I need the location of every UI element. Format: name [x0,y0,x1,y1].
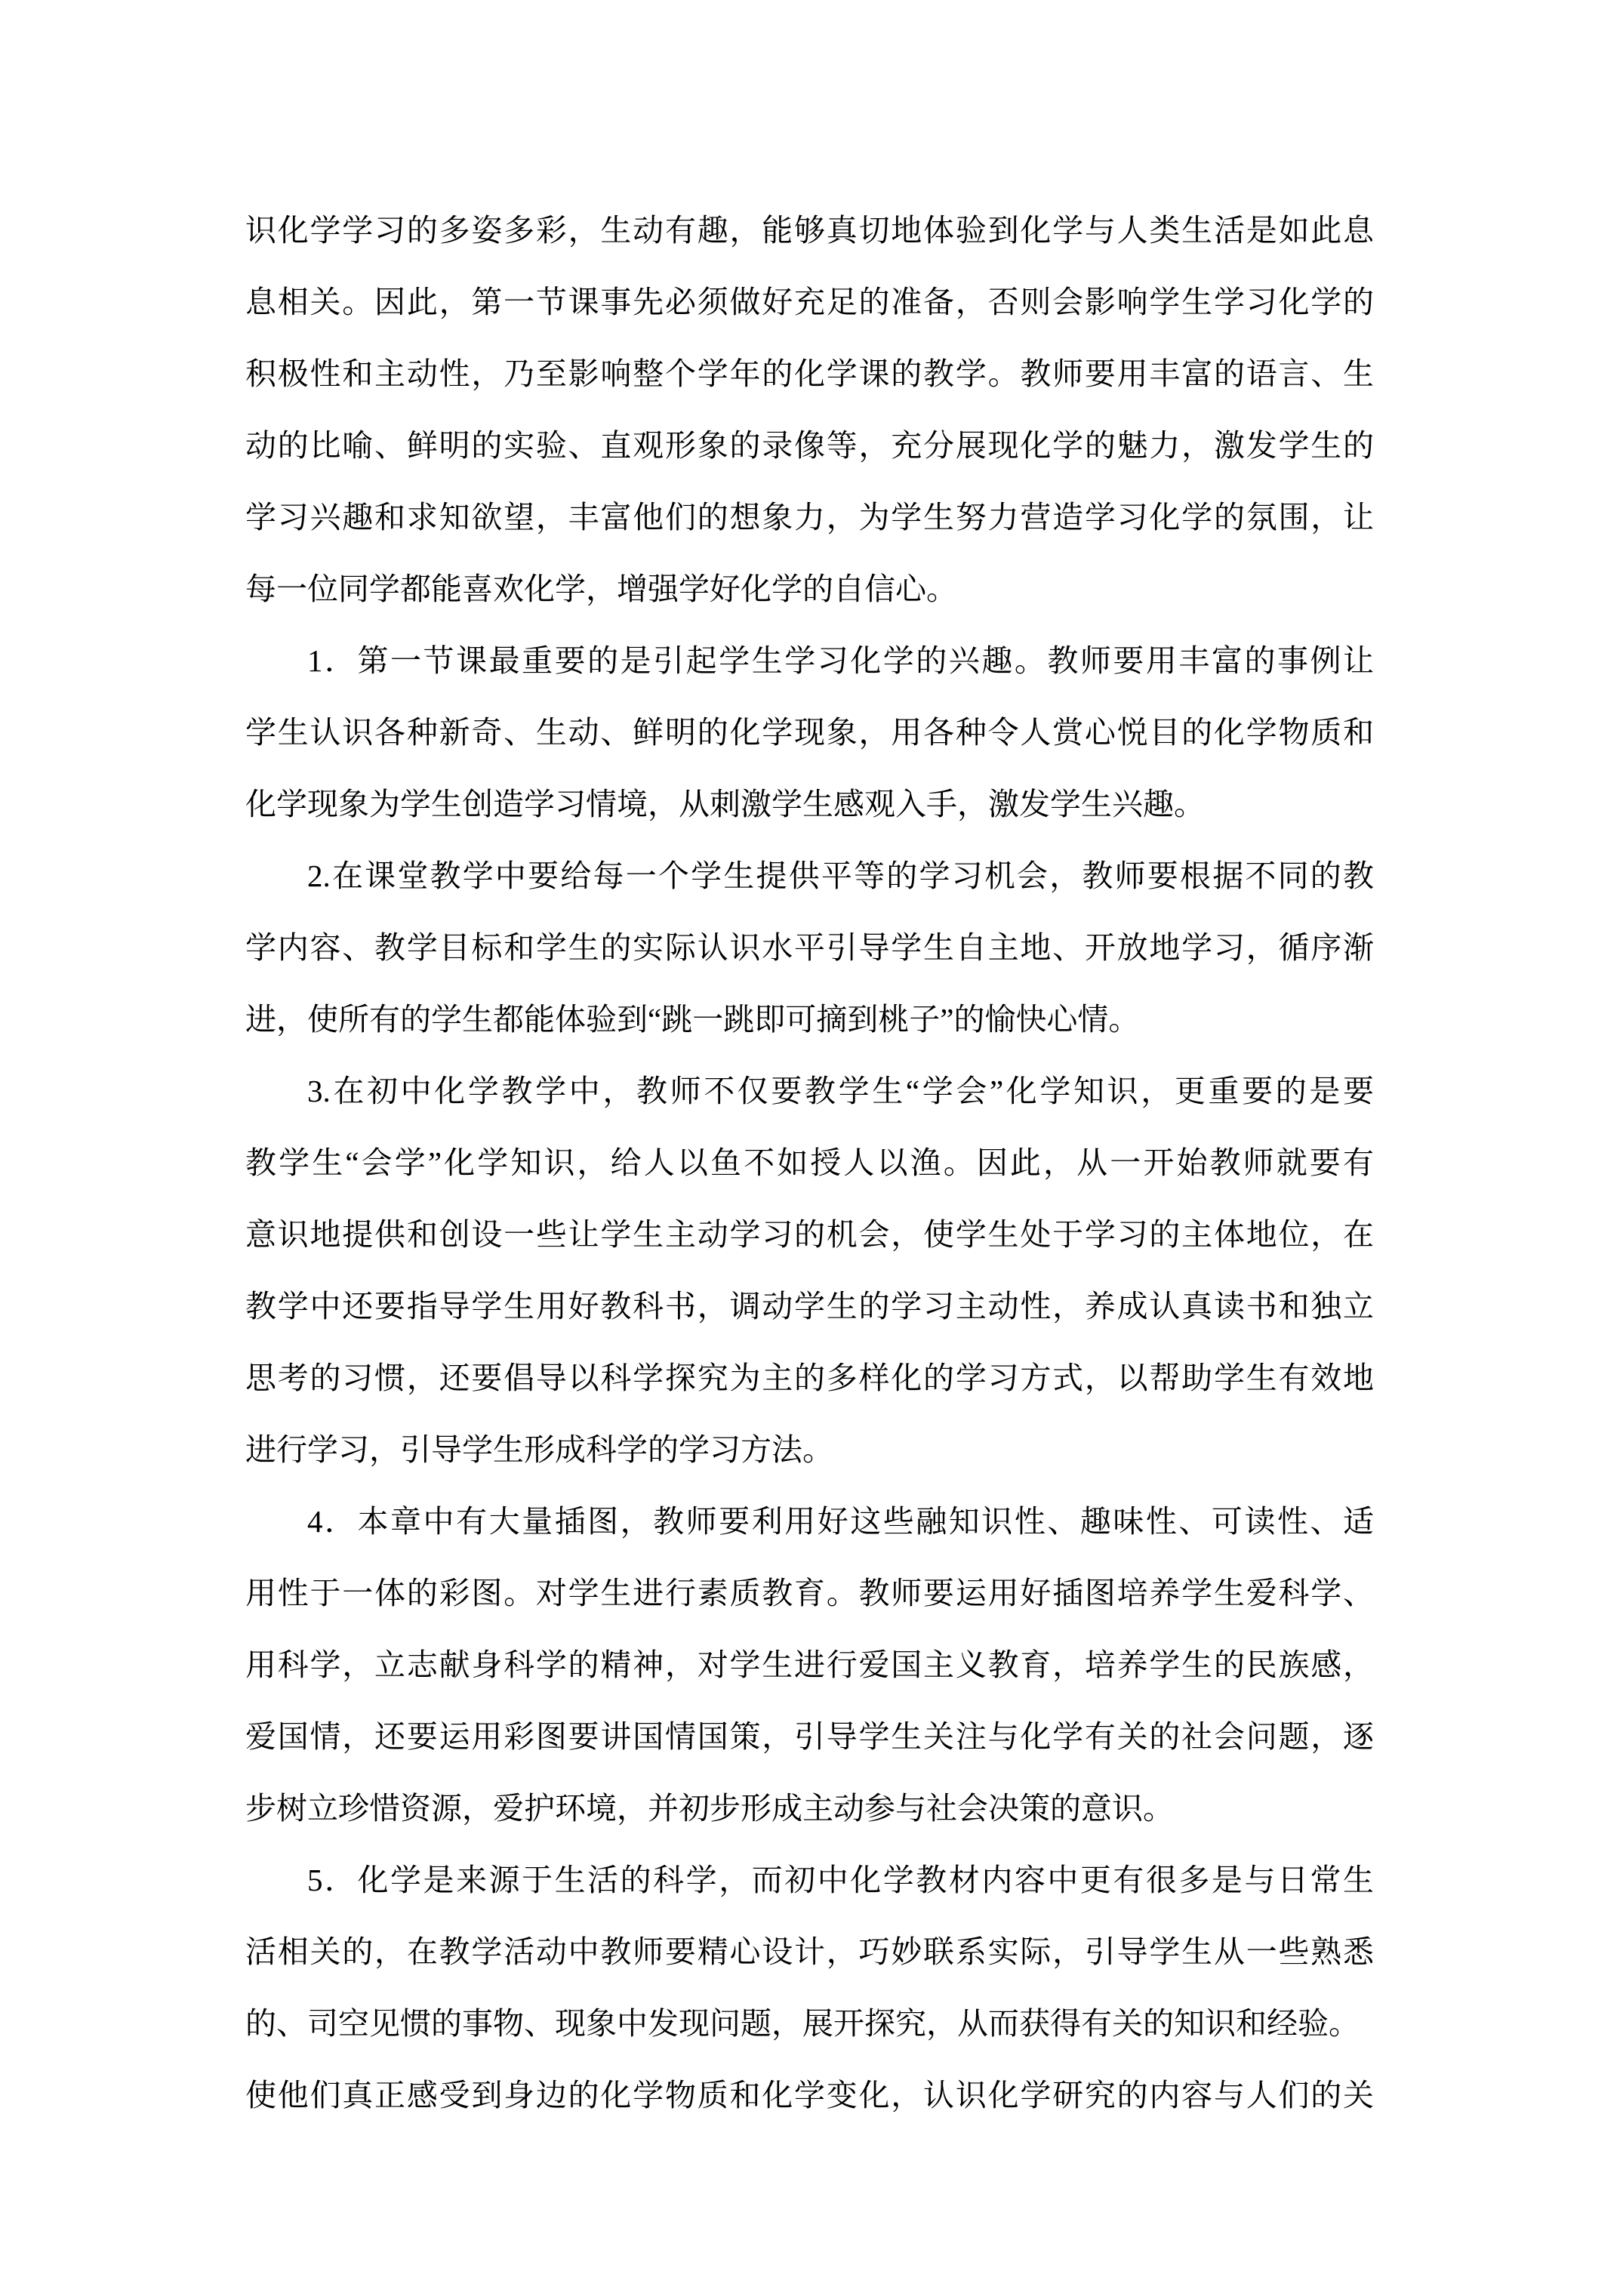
text-line: 活相关的，在教学活动中教师要精心设计，巧妙联系实际，引导学生从一些熟悉 [245,1916,1374,1988]
text-line: 识化学学习的多姿多彩，生动有趣，能够真切地体验到化学与人类生活是如此息 [245,195,1374,267]
text-line: 的、司空见惯的事物、现象中发现问题，展开探究，从而获得有关的知识和经验。 [245,1988,1374,2060]
document-body: 识化学学习的多姿多彩，生动有趣，能够真切地体验到化学与人类生活是如此息息相关。因… [245,195,1374,2131]
text-line: 进，使所有的学生都能体验到“跳一跳即可摘到桃子”的愉快心情。 [245,984,1374,1056]
text-line: 化学现象为学生创造学习情境，从刺激学生感观入手，激发学生兴趣。 [245,769,1374,840]
text-line: 步树立珍惜资源，爱护环境，并初步形成主动参与社会决策的意识。 [245,1773,1374,1845]
text-line: 用性于一体的彩图。对学生进行素质教育。教师要运用好插图培养学生爱科学、 [245,1558,1374,1629]
text-line: 思考的习惯，还要倡导以科学探究为主的多样化的学习方式，以帮助学生有效地 [245,1342,1374,1414]
text-line: 意识地提供和创设一些让学生主动学习的机会，使学生处于学习的主体地位，在 [245,1199,1374,1271]
text-line: 息相关。因此，第一节课事先必须做好充足的准备，否则会影响学生学习化学的 [245,267,1374,338]
text-line: 进行学习，引导学生形成科学的学习方法。 [245,1414,1374,1486]
text-line: 动的比喻、鲜明的实验、直观形象的录像等，充分展现化学的魅力，激发学生的 [245,410,1374,482]
text-line: 学内容、教学目标和学生的实际认识水平引导学生自主地、开放地学习，循序渐 [245,912,1374,984]
text-line: 教学生“会学”化学知识，给人以鱼不如授人以渔。因此，从一开始教师就要有 [245,1127,1374,1199]
text-line: 5．化学是来源于生活的科学，而初中化学教材内容中更有很多是与日常生 [245,1845,1374,1916]
text-line: 学生认识各种新奇、生动、鲜明的化学现象，用各种令人赏心悦目的化学物质和 [245,697,1374,769]
text-line: 积极性和主动性，乃至影响整个学年的化学课的教学。教师要用丰富的语言、生 [245,338,1374,410]
text-line: 爱国情，还要运用彩图要讲国情国策，引导学生关注与化学有关的社会问题，逐 [245,1701,1374,1773]
text-line: 1．第一节课最重要的是引起学生学习化学的兴趣。教师要用丰富的事例让 [245,625,1374,697]
text-line: 使他们真正感受到身边的化学物质和化学变化，认识化学研究的内容与人们的关 [245,2060,1374,2131]
text-line: 每一位同学都能喜欢化学，增强学好化学的自信心。 [245,553,1374,625]
text-line: 3.在初中化学教学中，教师不仅要教学生“学会”化学知识，更重要的是要 [245,1056,1374,1127]
text-line: 学习兴趣和求知欲望，丰富他们的想象力，为学生努力营造学习化学的氛围，让 [245,482,1374,553]
text-line: 2.在课堂教学中要给每一个学生提供平等的学习机会，教师要根据不同的教 [245,840,1374,912]
text-line: 用科学，立志献身科学的精神，对学生进行爱国主义教育，培养学生的民族感， [245,1629,1374,1701]
text-line: 教学中还要指导学生用好教科书，调动学生的学习主动性，养成认真读书和独立 [245,1271,1374,1342]
text-line: 4．本章中有大量插图，教师要利用好这些融知识性、趣味性、可读性、适 [245,1486,1374,1558]
document-page: 识化学学习的多姿多彩，生动有趣，能够真切地体验到化学与人类生活是如此息息相关。因… [0,0,1623,2296]
